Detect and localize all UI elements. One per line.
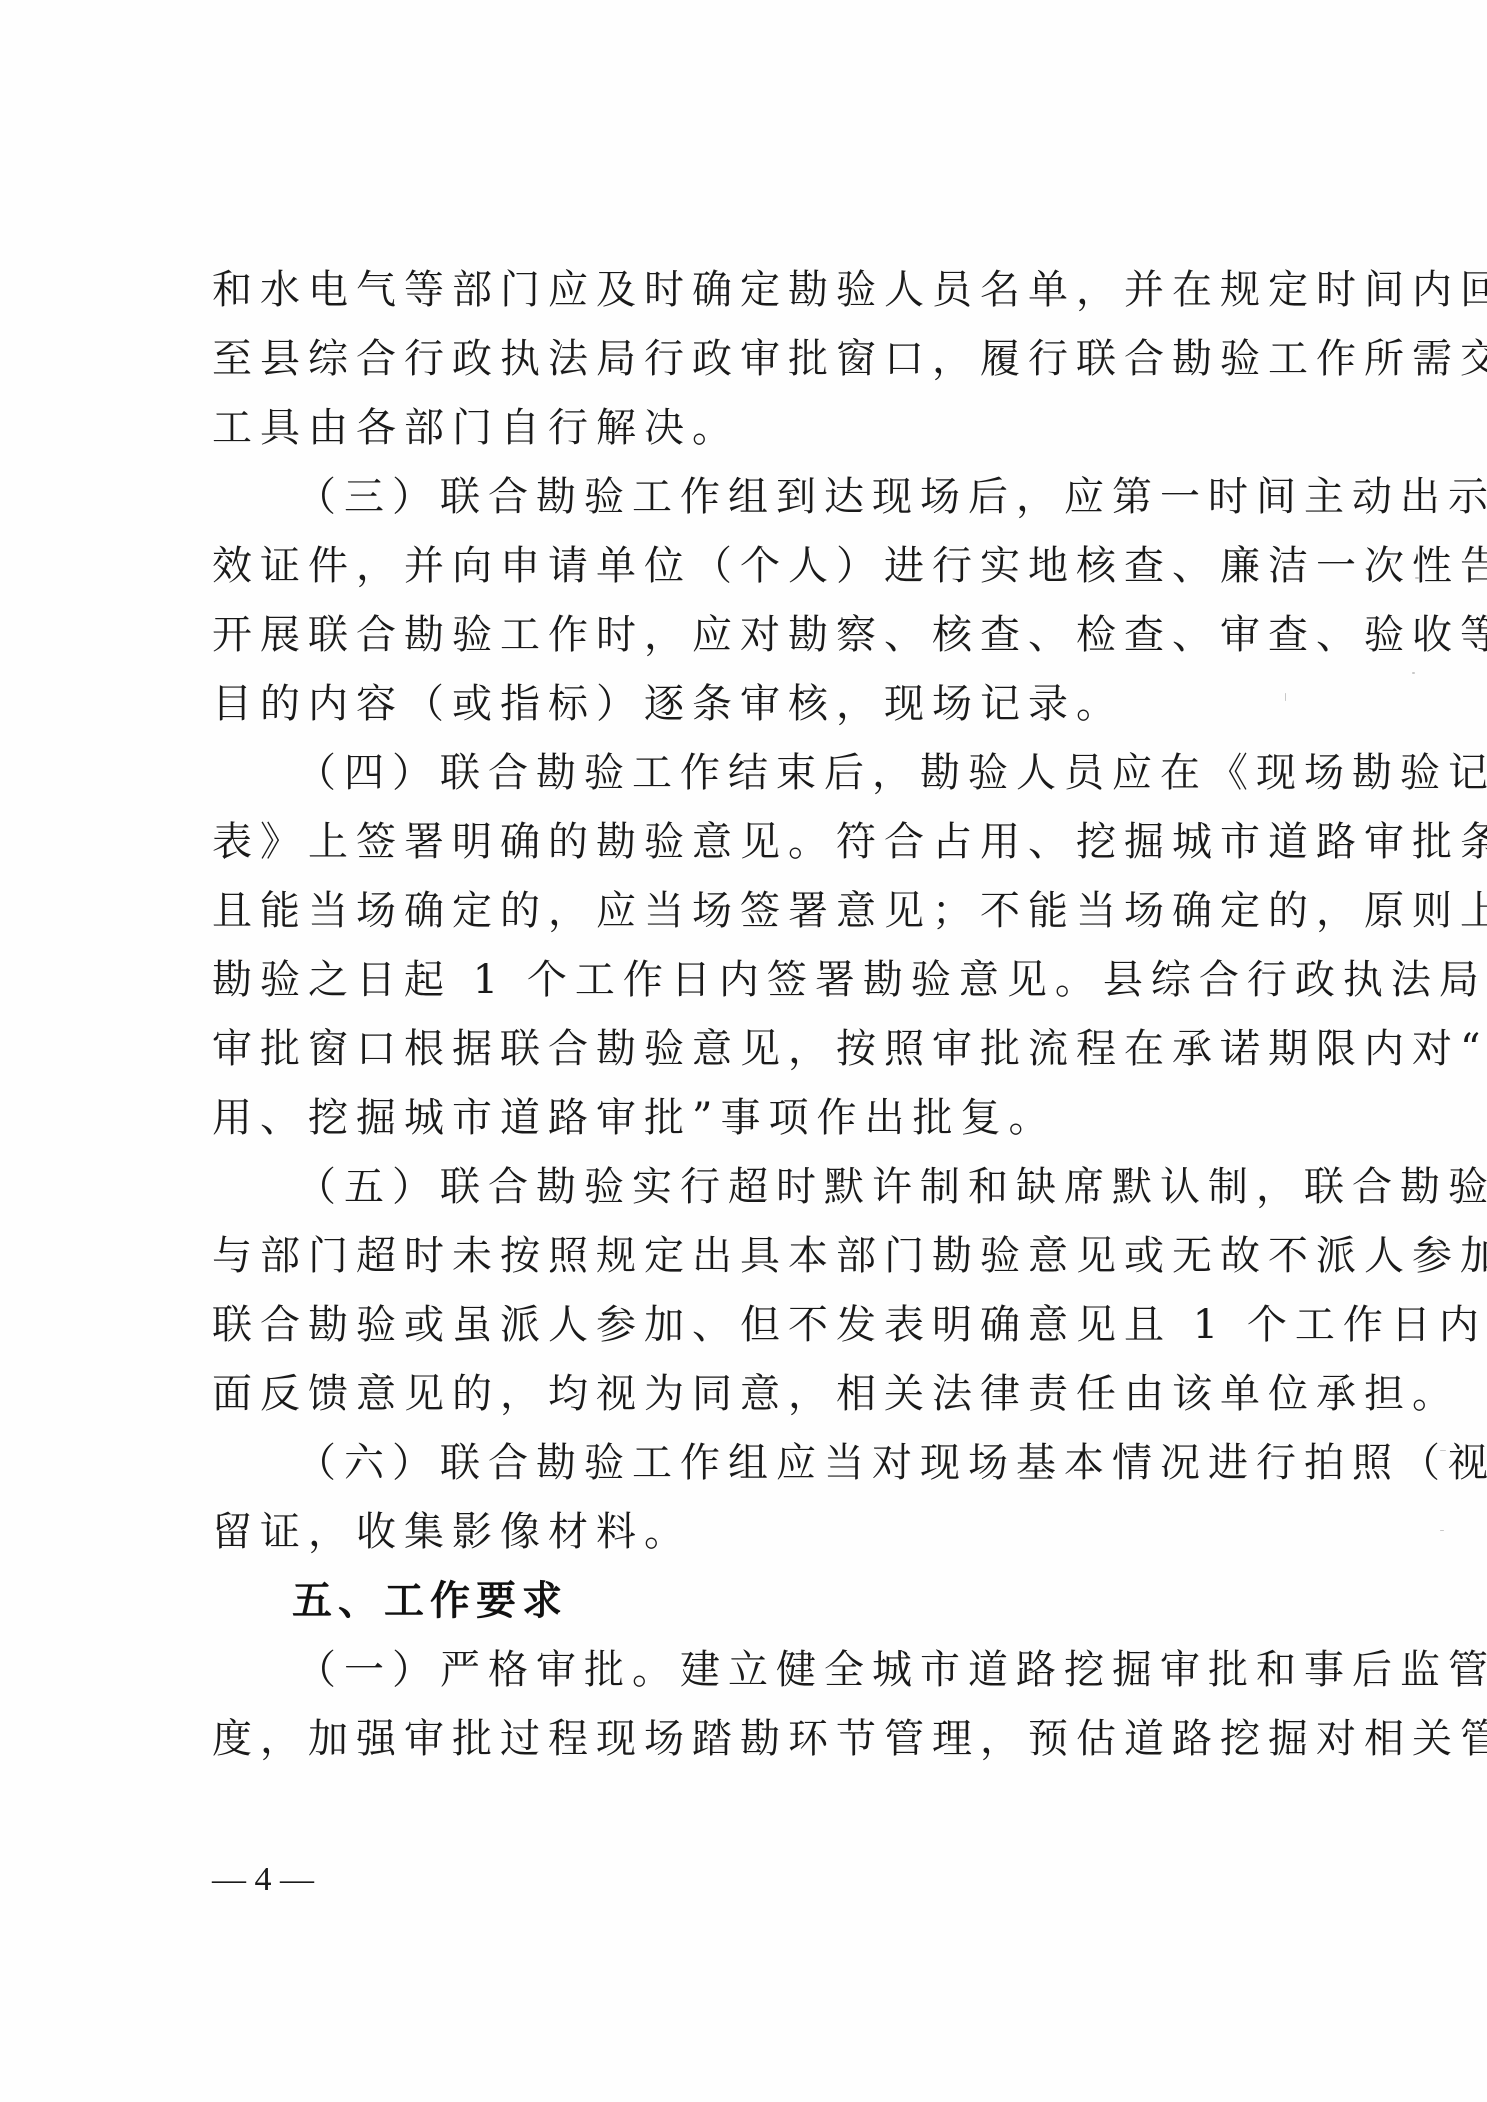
paragraph-5-start: （五）联合勘验实行超时默许制和缺席默认制，联合勘验参 [296,1162,1322,1212]
text-line-5: 效证件，并向申请单位（个人）进行实地核查、廉洁一次性告知。 [212,541,1322,591]
text-line-13: 用、挖掘城市道路审批”事项作出批复。 [212,1093,1322,1143]
text-line-7: 目的内容（或指标）逐条审核，现场记录。 [212,679,1322,729]
text-line-19: 留证，收集影像材料。 [212,1507,1322,1557]
text-line-6: 开展联合勘验工作时，应对勘察、核查、检查、审查、验收等项 [212,610,1322,660]
text-line-17: 面反馈意见的，均视为同意，相关法律责任由该单位承担。 [212,1369,1322,1419]
scan-speck [1412,672,1415,674]
text-line-2: 至县综合行政执法局行政审批窗口，履行联合勘验工作所需交通 [212,334,1322,384]
text-line-22: 度，加强审批过程现场踏勘环节管理，预估道路挖掘对相关管线 [212,1714,1322,1764]
scan-speck [1415,577,1419,579]
page-number: — 4 — [212,1858,314,1902]
scan-speck [1285,693,1286,701]
paragraph-3-start: （三）联合勘验工作组到达现场后，应第一时间主动出示有 [296,472,1322,522]
paragraph-6-start: （六）联合勘验工作组应当对现场基本情况进行拍照（视频） [296,1438,1322,1488]
scan-speck [1440,1530,1444,1531]
text-line-3: 工具由各部门自行解决。 [212,403,1322,453]
text-line-1: 和水电气等部门应及时确定勘验人员名单，并在规定时间内回函 [212,265,1322,315]
text-line-12: 审批窗口根据联合勘验意见，按照审批流程在承诺期限内对“占 [212,1024,1322,1074]
text-line-9: 表》上签署明确的勘验意见。符合占用、挖掘城市道路审批条件 [212,817,1322,867]
paragraph-1-start: （一）严格审批。建立健全城市道路挖掘审批和事后监管制 [296,1645,1322,1695]
text-line-10: 且能当场确定的，应当场签署意见；不能当场确定的，原则上在 [212,886,1322,936]
paragraph-4-start: （四）联合勘验工作结束后，勘验人员应在《现场勘验记录 [296,748,1322,798]
text-line-16: 联合勘验或虽派人参加、但不发表明确意见且 1 个工作日内无书 [212,1300,1322,1350]
text-line-11: 勘验之日起 1 个工作日内签署勘验意见。县综合行政执法局行政 [212,955,1322,1005]
scan-speck [1440,1450,1446,1451]
document-page: 和水电气等部门应及时确定勘验人员名单，并在规定时间内回函 至县综合行政执法局行政… [0,0,1487,2102]
text-line-15: 与部门超时未按照规定出具本部门勘验意见或无故不派人参加 [212,1231,1322,1281]
section-heading-work-requirements: 五、工作要求 [292,1576,568,1626]
